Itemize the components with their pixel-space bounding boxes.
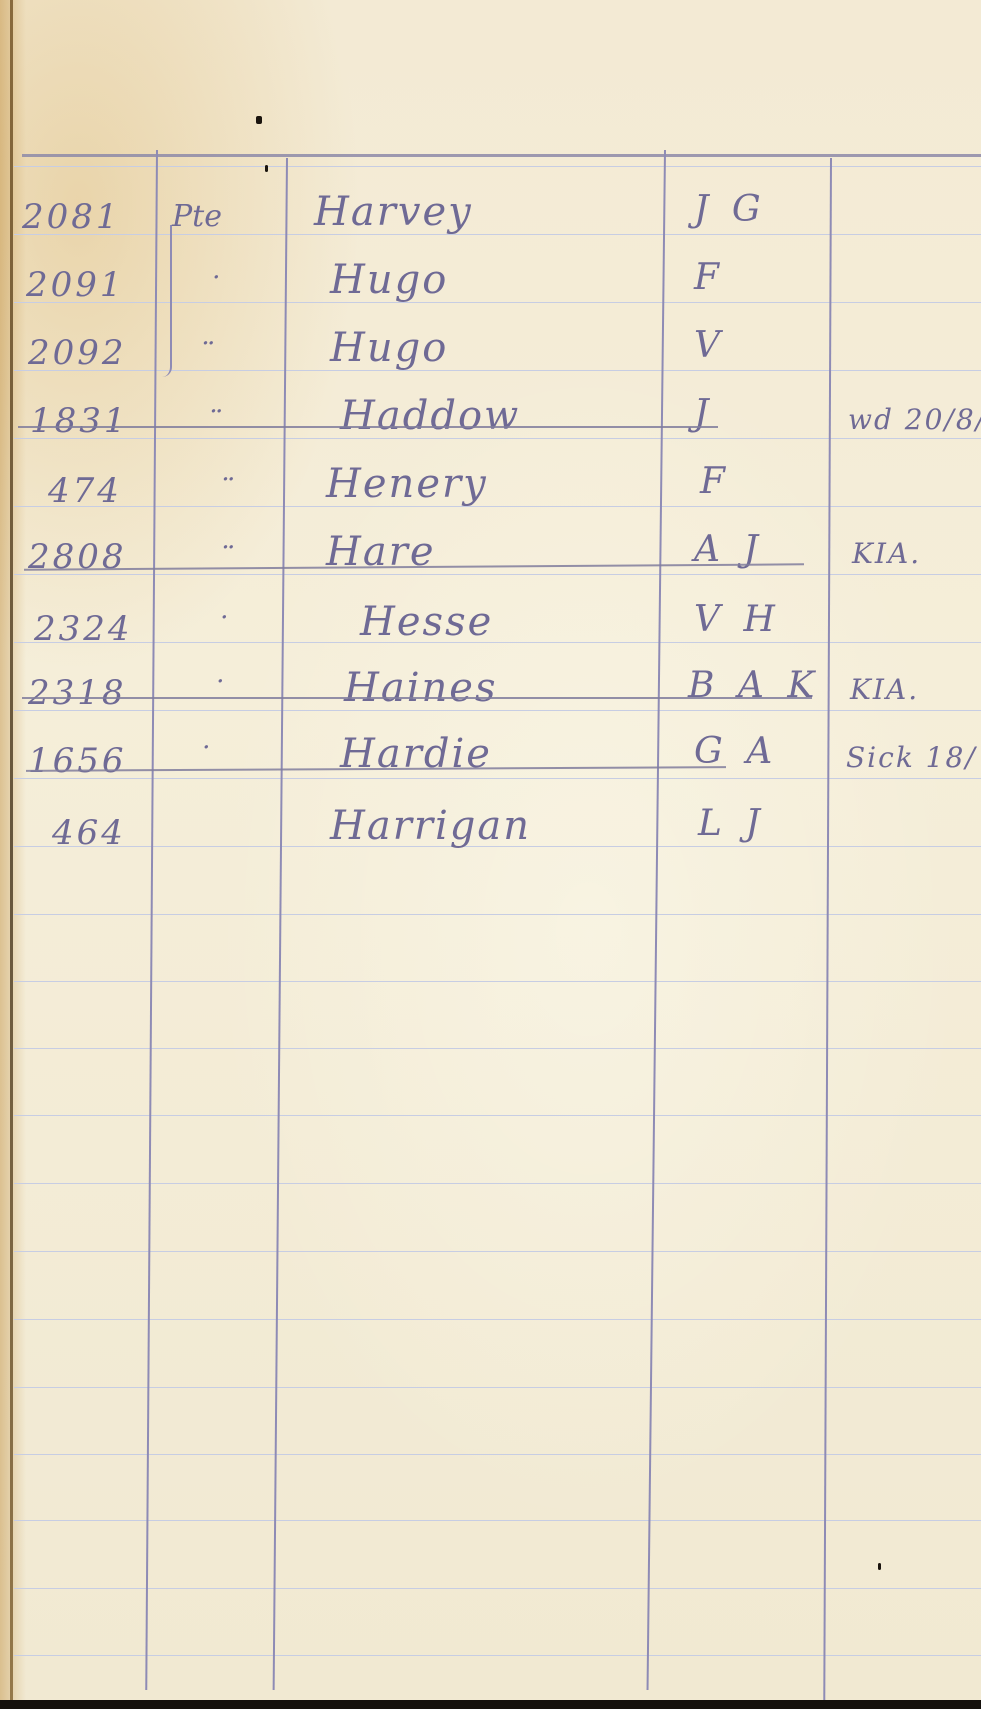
ink-spot [256,116,262,124]
scan-border [0,1700,981,1709]
surname: Hugo [330,260,448,300]
column-rule-4 [823,158,832,1700]
initials: F [694,260,725,296]
regimental-number: 464 [52,816,126,850]
surname: Haddow [340,396,520,436]
surname: Hugo [330,328,448,368]
header-rule [22,154,981,157]
regimental-number: 2091 [26,268,125,302]
initials: G A [694,734,778,770]
column-rule-1 [145,150,158,1690]
regimental-number: 2324 [34,612,133,646]
remarks: KIA. [850,676,919,704]
regimental-number: 1656 [28,744,127,778]
surname: Hesse [360,602,493,642]
column-rule-3 [647,150,666,1690]
regimental-number: 2092 [28,336,127,370]
initials: V H [694,602,781,638]
initials: V [694,328,726,364]
regimental-number: 2318 [28,676,127,710]
initials: J G [694,192,767,228]
surname: Henery [326,464,488,504]
rank: Pte [172,202,222,232]
strikethrough [22,697,812,699]
rank: ¨ [218,476,233,506]
initials: F [700,464,731,500]
rank: ˙ [214,614,229,644]
regimental-number: 1831 [30,404,129,438]
regimental-number: 2081 [22,200,121,234]
rank-bracket [160,225,172,377]
remarks: KIA. [852,540,921,568]
ink-spot [265,165,268,172]
initials: L J [698,806,766,842]
surname: Harvey [314,192,473,232]
remarks: wd 20/8/ [848,406,981,434]
rank: ¨ [198,340,213,370]
binding-stain [0,0,26,1700]
initials: A J [694,532,764,568]
rank: ˙ [210,678,225,708]
remarks: Sick 18/ [846,744,977,772]
strikethrough [18,426,718,428]
rank: ¨ [206,408,221,438]
rank: ¨ [218,544,233,574]
rank: ˙ [206,274,221,304]
ink-spot [878,1563,881,1570]
regimental-number: 474 [48,474,122,508]
surname: Harrigan [330,806,531,846]
column-rule-2 [273,158,288,1690]
ledger-page: 2081 Pte Harvey J G 2091 ˙ Hugo F 2092 ¨… [0,0,981,1700]
surname: Haines [344,668,497,708]
binding-edge [10,0,13,1700]
